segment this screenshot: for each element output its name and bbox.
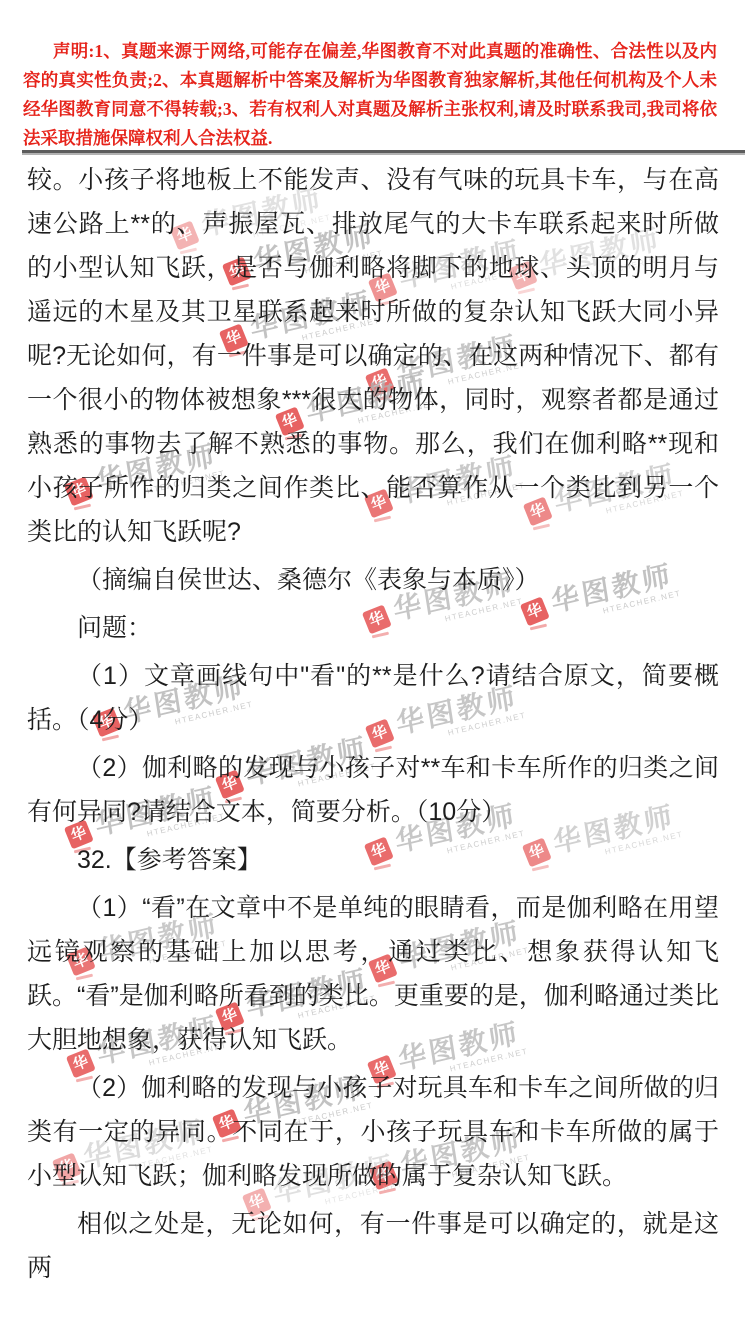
questions-label: 问题： [27, 606, 719, 650]
disclaimer-notice: 声明:1、真题来源于网络,可能存在偏差,华图教育不对此真题的准确性、合法性以及内… [23, 37, 717, 153]
passage-continuation: 较。小孩子将地板上不能发声、没有气味的玩具卡车，与在高速公路上**的、声振屋瓦、… [27, 158, 719, 554]
question-1: （1）文章画线句中"看"的**是什么?请结合原文，简要概括。（4分） [27, 654, 719, 742]
answer-similarity: 相似之处是，无论如何，有一件事是可以确定的，就是这两 [27, 1202, 719, 1290]
disclaimer-label: 声明: [53, 41, 94, 61]
answer-part-1: （1）“看”在文章中不是单纯的眼睛看，而是伽利略在用望远镜观察的基础上加以思考，… [27, 886, 719, 1062]
document-body: 较。小孩子将地板上不能发声、没有气味的玩具卡车，与在高速公路上**的、声振屋瓦、… [27, 150, 719, 1290]
disclaimer-text: 1、真题来源于网络,可能存在偏差,华图教育不对此真题的准确性、合法性以及内容的真… [23, 41, 717, 148]
document-page: 华华图教师HTEACHER.NET华华图教师HTEACHER.NET华华图教师H… [0, 0, 748, 1335]
source-attribution: （摘编自侯世达、桑德尔《表象与本质》） [27, 558, 719, 602]
answer-part-2: （2）伽利略的发现与小孩子对玩具车和卡车之间所做的归类有一定的异同。不同在于，小… [27, 1066, 719, 1198]
answer-header: 32.【参考答案】 [27, 838, 719, 882]
question-2: （2）伽利略的发现与小孩子对**车和卡车所作的归类之间有何异同?请结合文本，简要… [27, 746, 719, 834]
section-divider [22, 150, 745, 155]
